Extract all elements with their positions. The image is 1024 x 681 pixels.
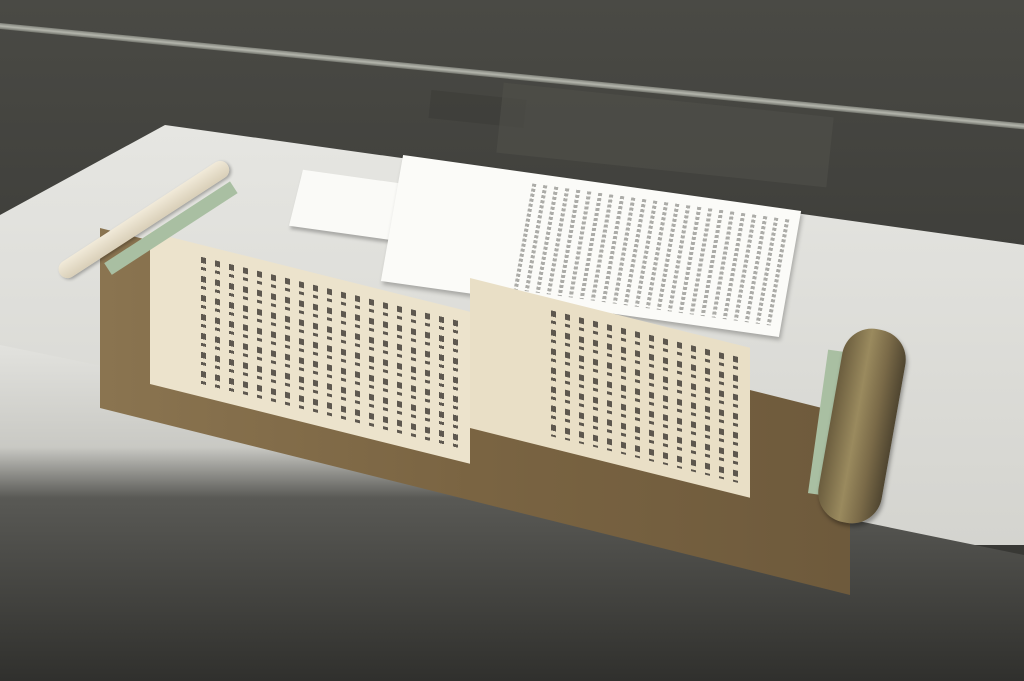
display-case-scene <box>0 0 1024 681</box>
